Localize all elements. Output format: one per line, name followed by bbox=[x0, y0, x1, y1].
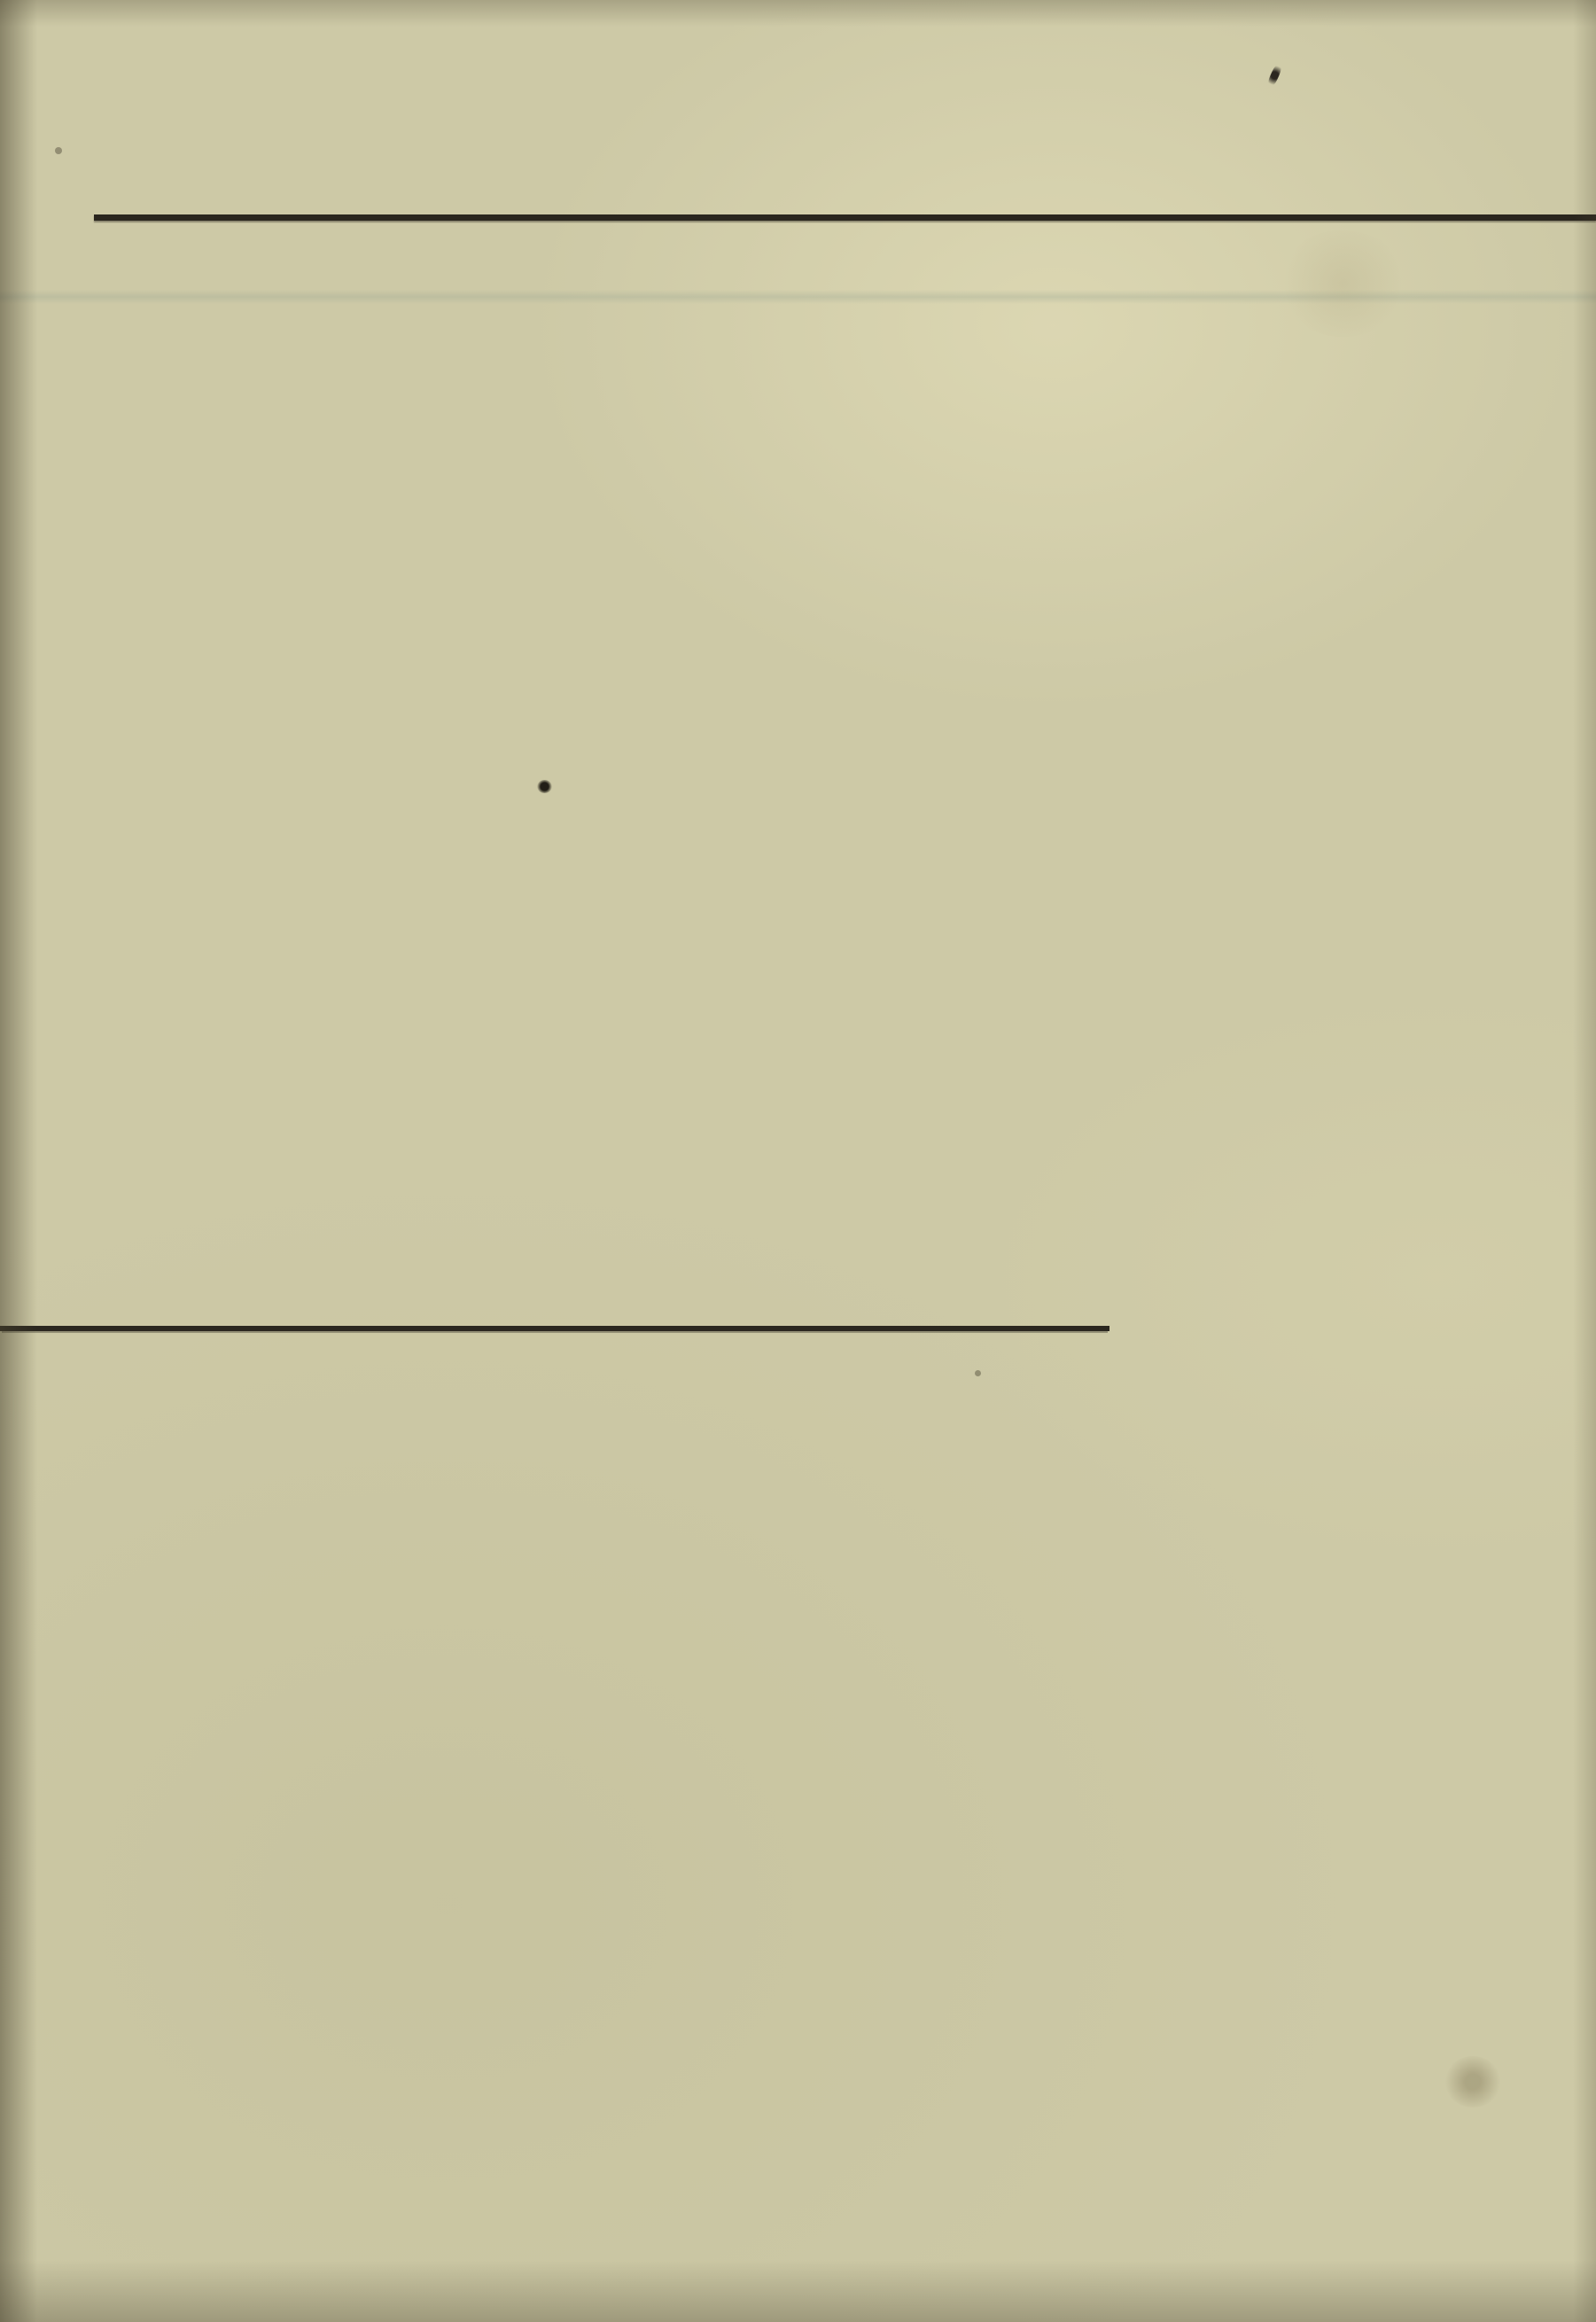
section-divider-rule bbox=[0, 1326, 1109, 1331]
paper-fleck bbox=[55, 147, 62, 154]
paper-stain bbox=[1444, 2056, 1501, 2108]
masthead-rule bbox=[94, 214, 1596, 221]
top-columns bbox=[112, 232, 1590, 1333]
paper-fleck bbox=[975, 1370, 981, 1376]
ink-mark bbox=[1266, 63, 1283, 87]
newspaper-page bbox=[0, 0, 1596, 2322]
